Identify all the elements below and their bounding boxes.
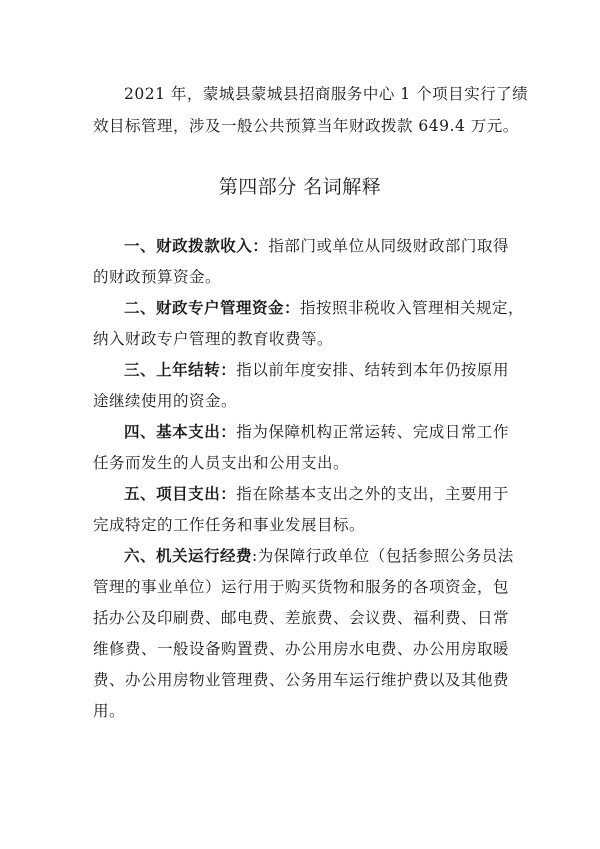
- intro-line-2: 效目标管理，涉及一般公共预算当年财政拨款 649.4 万元。: [93, 116, 509, 136]
- definition-term: 一、财政拨款收入：: [124, 237, 268, 255]
- definition-4-line-2: 任务而发生的人员支出和公用支出。: [93, 453, 509, 473]
- definition-term: 三、上年结转：: [124, 361, 236, 379]
- definition-6-line-6: 用。: [93, 701, 509, 721]
- definition-6-line-5: 费、办公用房物业管理费、公务用车运行维护费以及其他费: [93, 670, 509, 690]
- definition-term: 五、项目支出：: [124, 485, 236, 503]
- definition-3-line-2: 途继续使用的资金。: [93, 391, 509, 411]
- section-title: 第四部分 名词解释: [0, 172, 600, 199]
- definition-1-line-1: 一、财政拨款收入：指部门或单位从同级财政部门取得: [124, 236, 509, 256]
- definition-4-line-1: 四、基本支出：指为保障机构正常运转、完成日常工作: [124, 422, 509, 442]
- definition-5-line-2: 完成特定的工作任务和事业发展目标。: [93, 515, 509, 535]
- definition-6-line-3: 括办公及印刷费、邮电费、差旅费、会议费、福利费、日常: [93, 608, 509, 628]
- definition-term: 二、财政专户管理资金：: [124, 299, 300, 317]
- definition-6-line-1: 六、机关运行经费:为保障行政单位（包括参照公务员法: [124, 546, 509, 566]
- definition-text: 指在除基本支出之外的支出，主要用于: [236, 485, 509, 503]
- definition-text: 指为保障机构正常运转、完成日常工作: [236, 423, 509, 441]
- definition-2-line-1: 二、财政专户管理资金：指按照非税收入管理相关规定，: [124, 298, 509, 318]
- intro-line-1: 2021 年，蒙城县蒙城县招商服务中心 1 个项目实行了绩: [124, 84, 509, 104]
- definition-text: 指按照非税收入管理相关规定，: [300, 299, 524, 317]
- definition-text: :为保障行政单位（包括参照公务员法: [252, 547, 514, 565]
- definition-5-line-1: 五、项目支出：指在除基本支出之外的支出，主要用于: [124, 484, 509, 504]
- definition-1-line-2: 的财政预算资金。: [93, 267, 509, 287]
- definition-6-line-2: 管理的事业单位）运行用于购买货物和服务的各项资金，包: [93, 577, 509, 597]
- definition-term: 四、基本支出：: [124, 423, 236, 441]
- definition-term: 六、机关运行经费: [124, 547, 252, 565]
- definition-3-line-1: 三、上年结转：指以前年度安排、结转到本年仍按原用: [124, 360, 509, 380]
- definition-text: 指部门或单位从同级财政部门取得: [268, 237, 509, 255]
- definition-text: 指以前年度安排、结转到本年仍按原用: [236, 361, 509, 379]
- definition-2-line-2: 纳入财政专户管理的教育收费等。: [93, 329, 509, 349]
- definition-6-line-4: 维修费、一般设备购置费、办公用房水电费、办公用房取暖: [93, 639, 509, 659]
